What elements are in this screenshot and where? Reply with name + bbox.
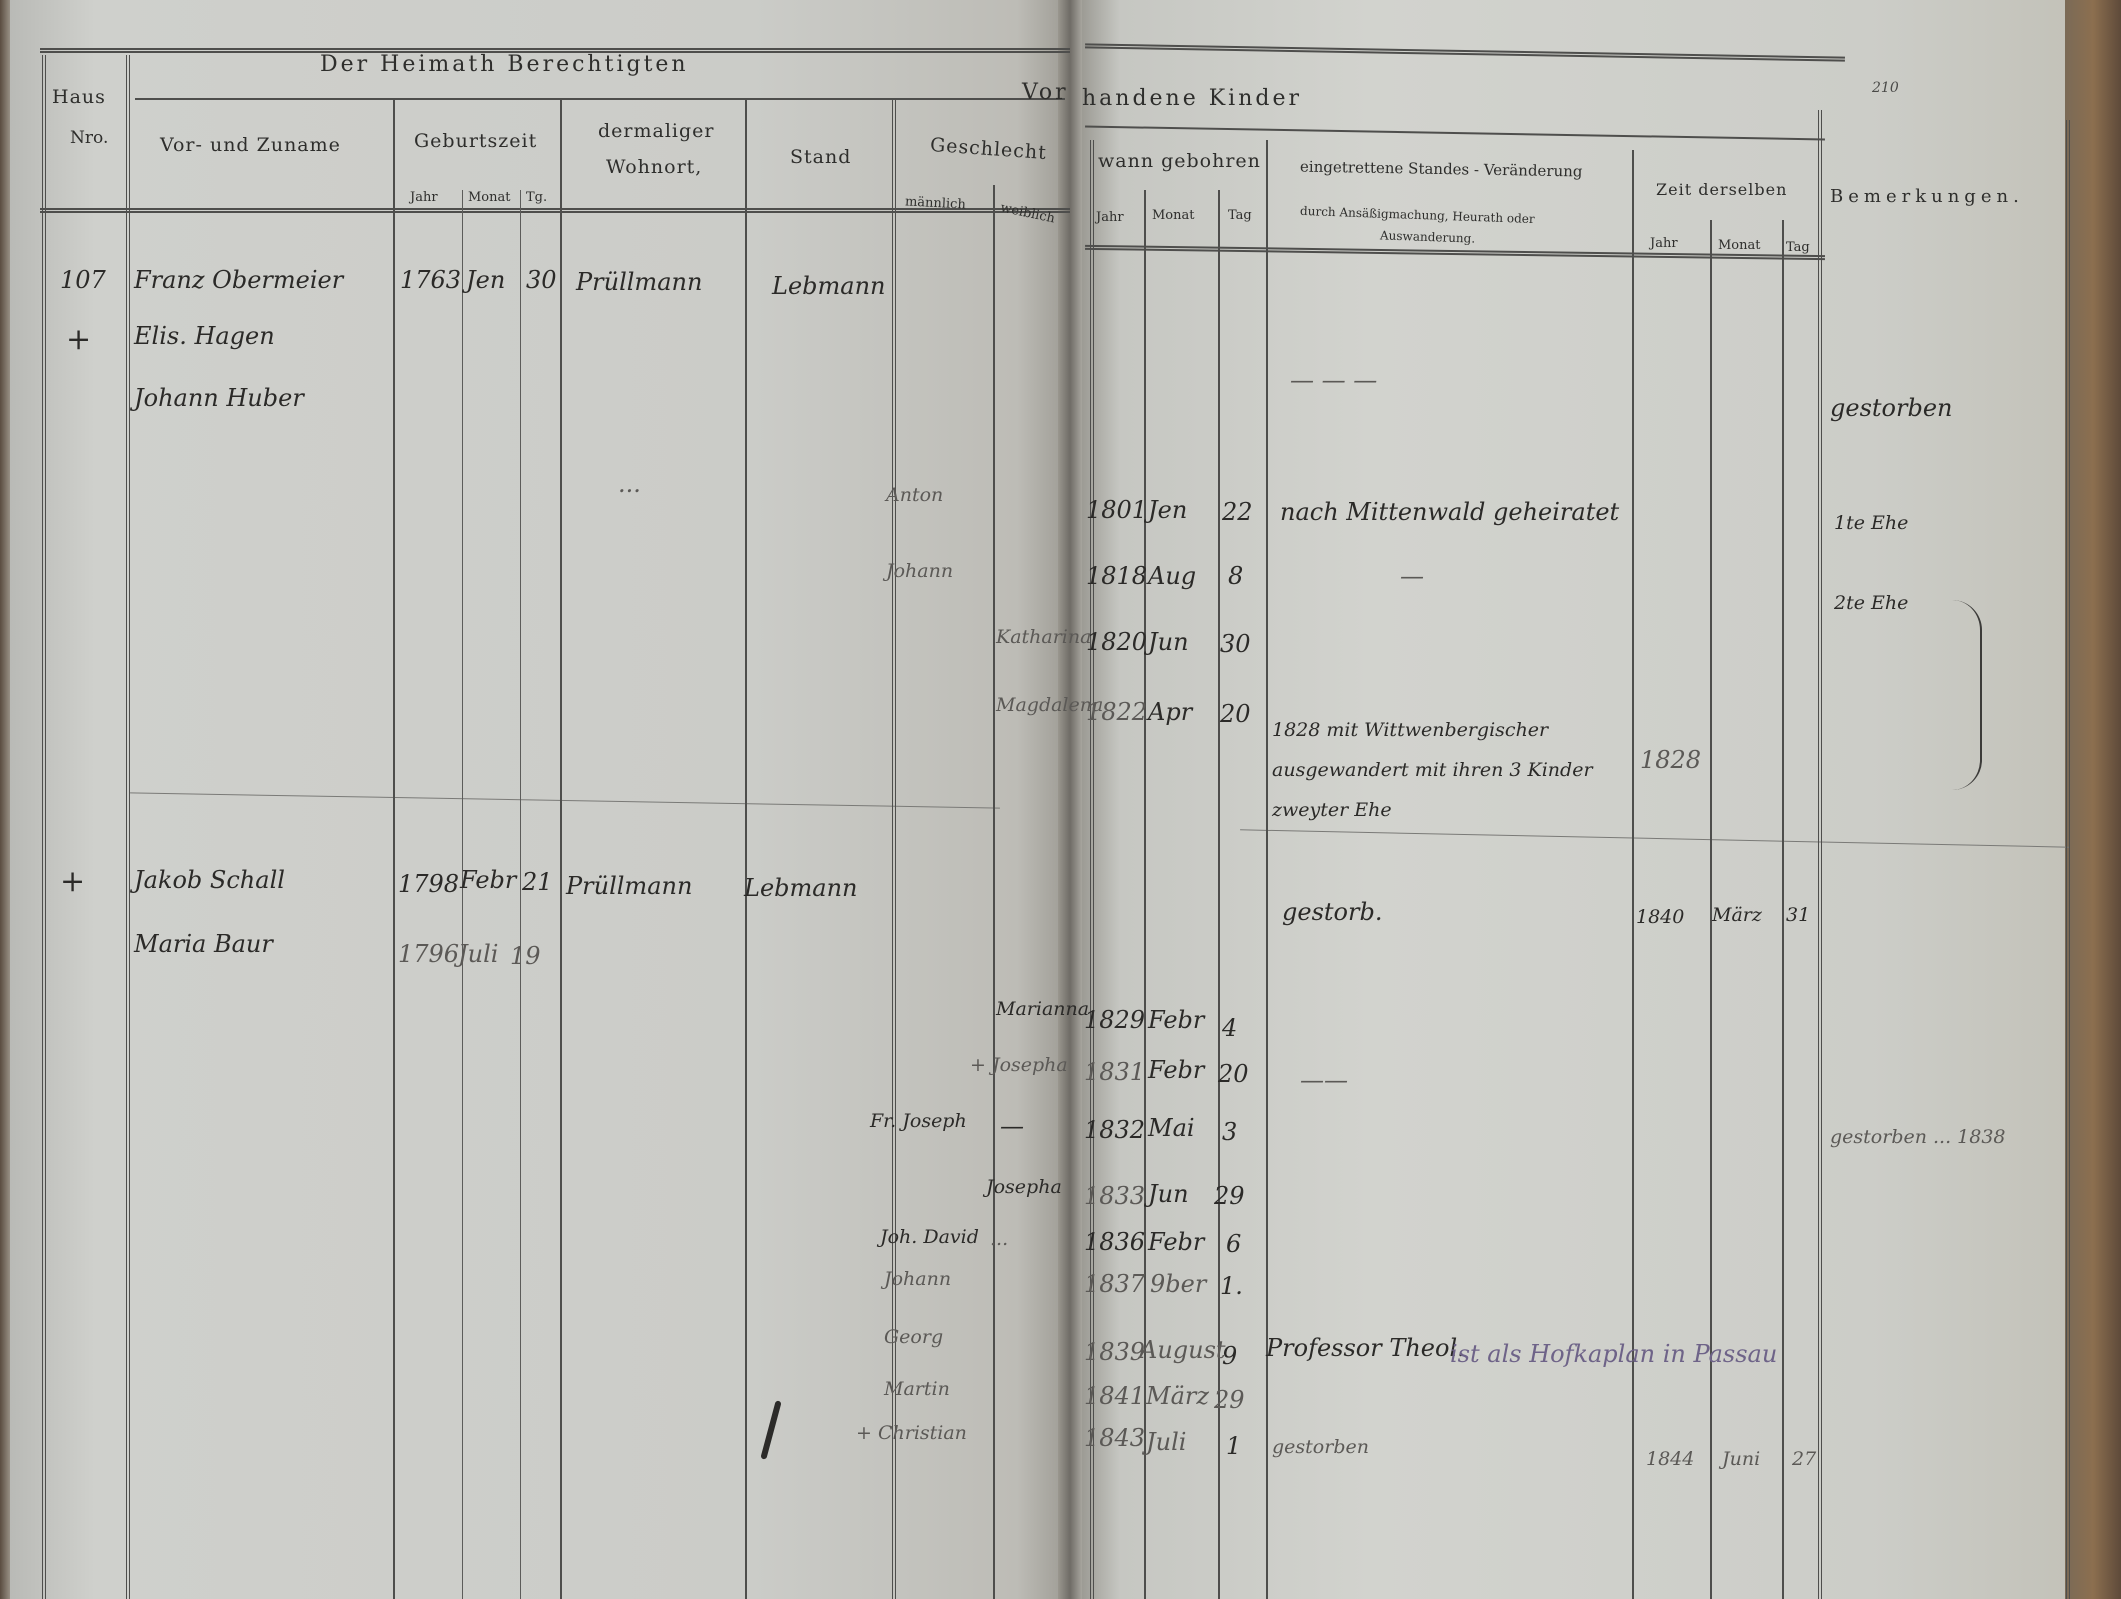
col-header-nro: Nro. (70, 128, 108, 148)
status-change: —— (1300, 1066, 1348, 1094)
child-day: 8 (1228, 562, 1243, 590)
col-header-haus: Haus (52, 86, 106, 108)
birth-year: 1796 (398, 940, 459, 968)
child-female-name: Katharina (996, 626, 1091, 648)
child-year: 1843 (1084, 1424, 1145, 1452)
person-name: Elis. Hagen (134, 322, 275, 350)
child-year: 1822 (1086, 698, 1147, 726)
register-book: 210 Der Heimath Berechtigten Haus Nro. V… (0, 0, 2121, 1599)
birth-month: Juli (458, 940, 498, 968)
child-month: 9ber (1150, 1270, 1206, 1298)
remark: 2te Ehe (1834, 592, 1908, 614)
birth-day: 30 (526, 266, 557, 294)
col-rule (42, 55, 46, 1599)
book-gutter (1058, 0, 1082, 1599)
child-day: 1. (1220, 1272, 1243, 1300)
child-day: 30 (1220, 630, 1251, 658)
col-rule (1782, 220, 1784, 1599)
status-change-note: ist als Hofkaplan in Passau (1450, 1340, 1777, 1368)
col-rule (462, 190, 463, 1599)
child-year: 1829 (1084, 1006, 1145, 1034)
child-day: 29 (1214, 1386, 1245, 1414)
child-day: 6 (1226, 1230, 1241, 1258)
child-female-name: + Josepha (970, 1054, 1068, 1076)
col-rule (892, 98, 896, 1599)
col-header-remarks: Bemerkungen. (1830, 186, 2024, 207)
child-year: 1818 (1086, 562, 1147, 590)
person-name: Jakob Schall (134, 866, 285, 894)
col-header-status: Stand (790, 146, 851, 168)
deceased-mark: + (60, 864, 85, 899)
col-header-child-day: Tag (1228, 208, 1252, 223)
child-year: 1839 (1084, 1338, 1145, 1366)
col-rule (1090, 140, 1094, 1599)
child-month: Jen (1148, 496, 1187, 524)
change-year: 1828 (1640, 746, 1701, 774)
child-year: 1801 (1086, 496, 1147, 524)
birth-month: Jen (466, 266, 505, 294)
child-day: 1 (1226, 1432, 1241, 1460)
child-male-name: Fr. Joseph (870, 1110, 967, 1132)
col-rule (126, 55, 130, 1599)
col-header-born-when: wann gebohren (1098, 150, 1261, 172)
birth-year: 1763 (400, 266, 461, 294)
col-header-time-month: Monat (1718, 238, 1761, 253)
child-day: 22 (1222, 498, 1253, 526)
child-female-name: Josepha (986, 1176, 1062, 1198)
child-day: 20 (1220, 700, 1251, 728)
col-rule (1632, 150, 1634, 1599)
child-month: Febr (1148, 1228, 1204, 1256)
child-male-name: Joh. David (880, 1226, 979, 1248)
child-female-name: ... (990, 1228, 1008, 1250)
child-day: 20 (1218, 1060, 1249, 1088)
person-name: Maria Baur (134, 930, 273, 958)
child-female-name: Marianna (996, 998, 1089, 1020)
residence-dash: ... (618, 470, 641, 498)
status-change: gestorben (1272, 1436, 1369, 1458)
page-number: 210 (1872, 80, 1899, 96)
change-month: März (1712, 904, 1762, 926)
child-day: 9 (1222, 1342, 1237, 1370)
title-vor: Vor (1022, 80, 1069, 105)
col-rule (393, 98, 395, 1599)
child-month: Jun (1148, 1180, 1189, 1208)
status-change: 1828 mit Wittwenbergischer ausgewandert … (1272, 710, 1612, 830)
change-month: Juni (1722, 1448, 1760, 1470)
col-header-birth: Geburtszeit (414, 130, 537, 152)
child-month: Jun (1148, 628, 1189, 656)
col-rule (1818, 110, 1822, 1599)
birth-day: 21 (522, 868, 553, 896)
child-male-name: + Christian (856, 1422, 967, 1444)
col-header-name: Vor- und Zuname (160, 134, 341, 156)
child-female-name: — (1000, 1112, 1024, 1140)
col-header-residence: dermaliger (598, 120, 714, 142)
child-month: Juli (1146, 1428, 1186, 1456)
child-day: 4 (1222, 1014, 1237, 1042)
status-change-dash: — — — (1290, 366, 1377, 394)
child-male-name: Anton (886, 484, 943, 506)
child-month: Apr (1148, 698, 1192, 726)
birth-day: 19 (510, 942, 541, 970)
birth-year: 1798 (398, 870, 459, 898)
child-month: Febr (1148, 1056, 1204, 1084)
child-day: 3 (1222, 1118, 1237, 1146)
birth-month: Febr (460, 866, 516, 894)
col-header-child-month: Monat (1152, 208, 1195, 223)
child-month: Febr (1148, 1006, 1204, 1034)
remarks-brace (1940, 600, 1982, 790)
col-header-birth-month: Monat (468, 190, 511, 205)
col-header-time: Zeit derselben (1656, 180, 1787, 199)
subheader-rule-left (135, 98, 1065, 100)
status-change: — (1400, 562, 1424, 590)
remark: gestorben (1830, 394, 1952, 422)
child-month: August (1140, 1336, 1226, 1364)
child-year: 1841 (1084, 1382, 1145, 1410)
child-day: 29 (1214, 1182, 1245, 1210)
remark: 1te Ehe (1834, 512, 1908, 534)
remark: gestorben ... 1838 (1830, 1126, 2006, 1148)
child-month: Aug (1148, 562, 1196, 590)
change-day: 27 (1792, 1448, 1816, 1470)
col-rule (520, 190, 521, 1599)
col-header-time-day: Tag (1786, 240, 1810, 255)
child-male-name: Martin (884, 1378, 950, 1400)
child-year: 1833 (1084, 1182, 1145, 1210)
residence: Prüllmann (566, 872, 692, 900)
col-header-child-year: Jahr (1096, 210, 1124, 225)
status-change: Professor Theol. (1266, 1334, 1465, 1362)
col-header-male: männlich (905, 194, 966, 212)
col-rule (745, 98, 747, 1599)
col-rule (560, 98, 562, 1599)
title-vorhandene-kinder: handene Kinder (1082, 86, 1302, 111)
child-male-name: Johann (884, 1268, 951, 1290)
col-rule (1266, 140, 1268, 1599)
child-year: 1831 (1084, 1058, 1145, 1086)
col-rule (993, 185, 995, 1599)
child-male-name: Johann (886, 560, 953, 582)
col-header-birth-year: Jahr (410, 190, 438, 205)
col-header-time-year: Jahr (1650, 236, 1678, 251)
person-name: Johann Huber (134, 384, 304, 412)
child-year: 1837 (1084, 1270, 1145, 1298)
title-heimath-berechtigten: Der Heimath Berechtigten (320, 52, 689, 77)
deceased-mark: + (66, 322, 91, 357)
change-day: 31 (1786, 904, 1810, 926)
residence: Prüllmann (576, 268, 702, 296)
change-year: 1840 (1636, 906, 1684, 928)
status-change: gestorb. (1282, 898, 1382, 926)
child-year: 1820 (1086, 628, 1147, 656)
child-month: März (1146, 1382, 1209, 1410)
book-right-edge (2065, 0, 2121, 1599)
change-year: 1844 (1646, 1448, 1694, 1470)
person-name: Franz Obermeier (134, 266, 343, 294)
child-month: Mai (1148, 1114, 1195, 1142)
child-year: 1836 (1084, 1228, 1145, 1256)
status: Lebmann (772, 272, 885, 300)
status: Lebmann (744, 874, 857, 902)
col-header-birth-day: Tg. (526, 190, 547, 205)
col-header-residence-2: Wohnort, (606, 156, 702, 178)
child-year: 1832 (1084, 1116, 1145, 1144)
status-change: nach Mittenwald geheiratet (1280, 498, 1619, 526)
child-male-name: Georg (884, 1326, 943, 1348)
col-rule (2066, 120, 2070, 1599)
house-number: 107 (60, 266, 106, 294)
